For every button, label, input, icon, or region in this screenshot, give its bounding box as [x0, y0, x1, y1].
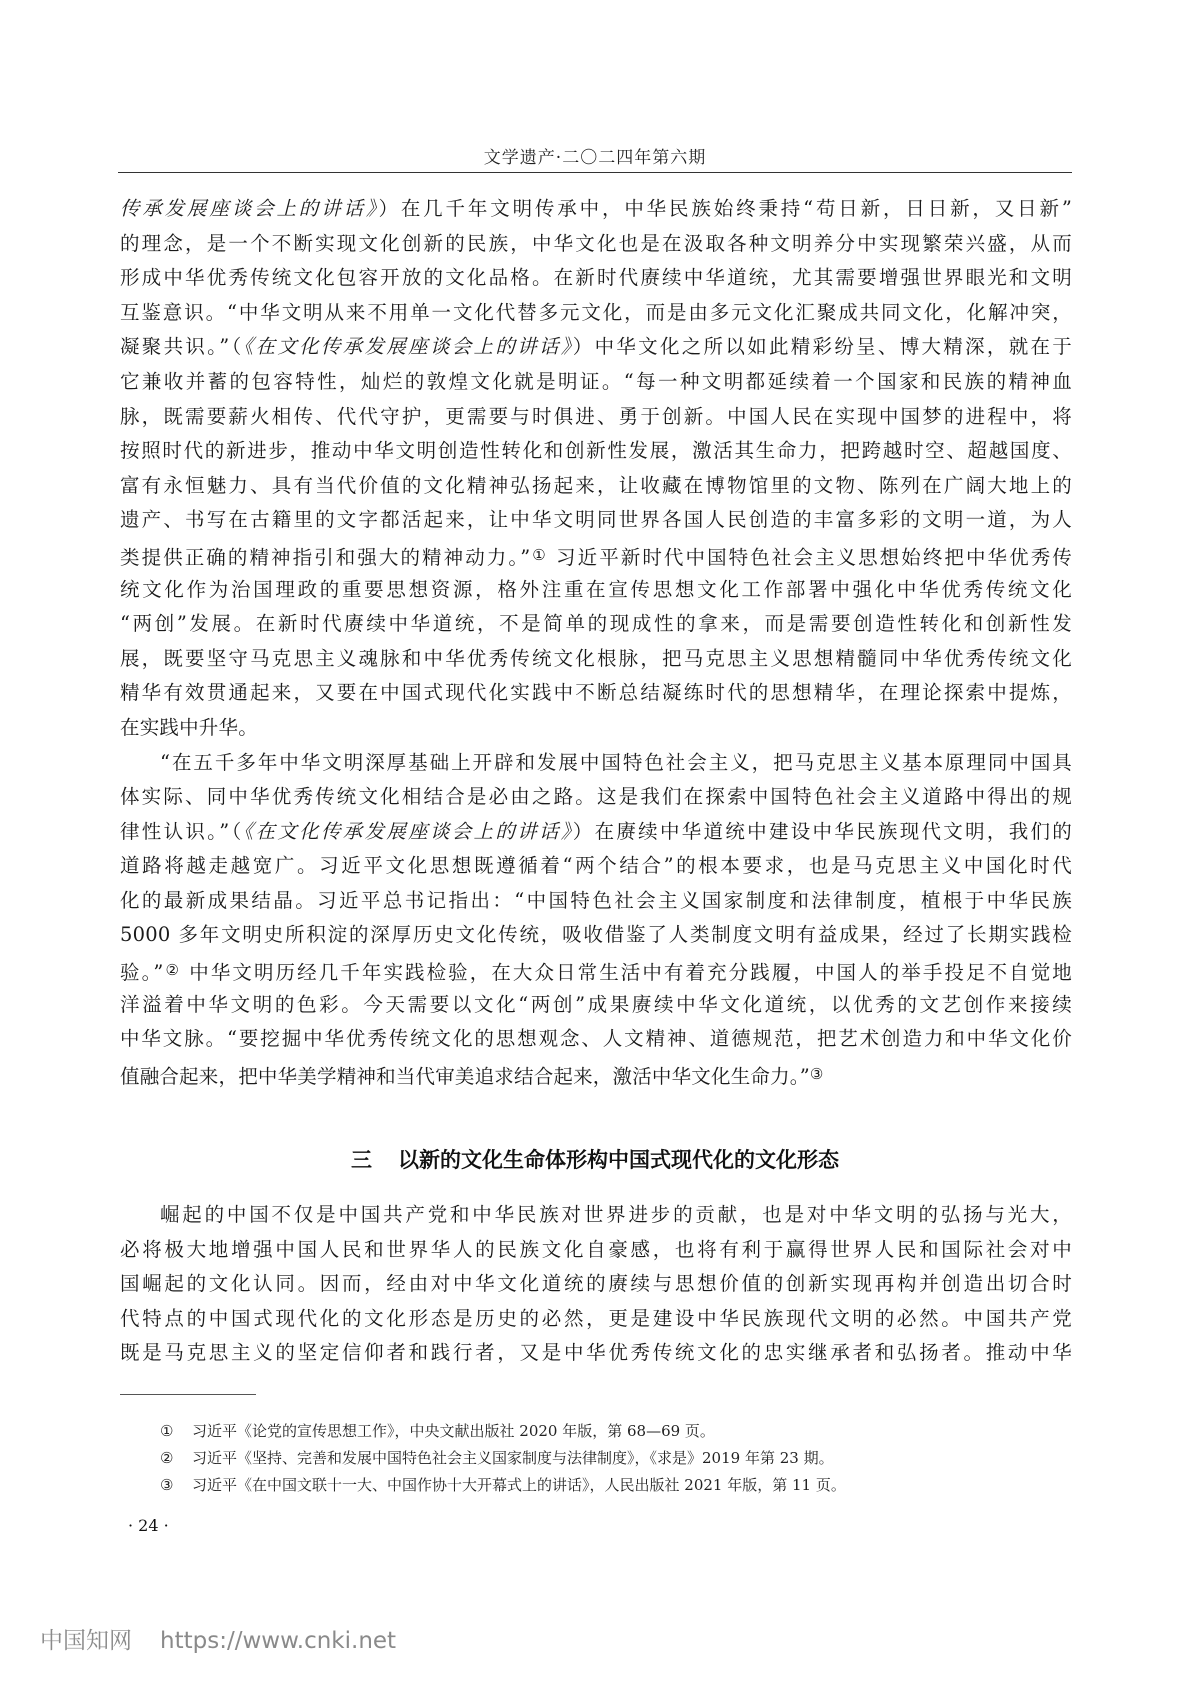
text-line: 传承发展座谈会上的讲话》）在几千年文明传承中，中华民族始终秉持“苟日新，日日新，…	[120, 192, 1072, 227]
text-line: “在五千多年中华文明深厚基础上开辟和发展中国特色社会主义，把马克思主义基本原理同…	[120, 746, 1072, 781]
text-segment: 它兼收并蓄的包容特性，灿烂的敦煌文化就是明证。“每一种文明都延续着一个国家和民族…	[120, 370, 1072, 393]
text-segment: 道路将越走越宽广。习近平文化思想既遵循着“两个结合”的根本要求，也是马克思主义中…	[120, 854, 1072, 877]
text-line: 遗产、书写在古籍里的文字都活起来，让中华文明同世界各国人民创造的丰富多彩的文明一…	[120, 503, 1072, 538]
cited-title: 传承发展座谈会上的讲话》	[120, 197, 378, 220]
text-segment: 精华有效贯通起来，又要在中国式现代化实践中不断总结凝练时代的思想精华，在理论探索…	[120, 681, 1072, 704]
text-line: 精华有效贯通起来，又要在中国式现代化实践中不断总结凝练时代的思想精华，在理论探索…	[120, 676, 1072, 711]
text-line: 形成中华优秀传统文化包容开放的文化品格。在新时代赓续中华道统，尤其需要增强世界眼…	[120, 261, 1072, 296]
text-segment: 中华文明历经几千年实践检验，在大众日常生活中有着充分践履，中国人的举手投足不自觉…	[181, 961, 1072, 984]
body-text: 传承发展座谈会上的讲话》）在几千年文明传承中，中华民族始终秉持“苟日新，日日新，…	[120, 192, 1072, 1091]
text-line: 道路将越走越宽广。习近平文化思想既遵循着“两个结合”的根本要求，也是马克思主义中…	[120, 849, 1072, 884]
text-line: 的理念，是一个不断实现文化创新的民族，中华文化也是在汲取各种文明养分中实现繁荣兴…	[120, 227, 1072, 262]
text-segment: 值融合起来，把中华美学精神和当代审美追求结合起来，激活中华文化生命力。”	[120, 1065, 810, 1088]
text-line: 崛起的中国不仅是中国共产党和中华民族对世界进步的贡献，也是对中华文明的弘扬与光大…	[120, 1198, 1072, 1233]
text-line: 体实际、同中华优秀传统文化相结合是必由之路。这是我们在探索中国特色社会主义道路中…	[120, 780, 1072, 815]
text-line: “两创”发展。在新时代赓续中华道统，不是简单的现成性的拿来，而是需要创造性转化和…	[120, 607, 1072, 642]
text-segment: ）中华文化之所以如此精彩纷呈、博大精深，就在于	[573, 335, 1072, 358]
text-line: 按照时代的新进步，推动中华文明创造性转化和创新性发展，激活其生命力，把跨越时空、…	[120, 434, 1072, 469]
footnote-text: 习近平《论党的宣传思想工作》，中央文献出版社 2020 年版，第 68—69 页…	[192, 1422, 715, 1440]
text-line: 类提供正确的精神指引和强大的精神动力。”① 习近平新时代中国特色社会主义思想始终…	[120, 538, 1072, 573]
text-line: 展，既要坚守马克思主义魂脉和中华优秀传统文化根脉，把马克思主义思想精髓同中华优秀…	[120, 642, 1072, 677]
text-segment: 习近平新时代中国特色社会主义思想始终把中华优秀传	[548, 546, 1072, 569]
footnote-2: ②习近平《坚持、完善和发展中国特色社会主义国家制度与法律制度》，《求是》2019…	[160, 1445, 1060, 1472]
section-title: 以新的文化生命体形构中国式现代化的文化形态	[398, 1148, 839, 1172]
footnote-rule	[120, 1394, 256, 1395]
footnotes: ①习近平《论党的宣传思想工作》，中央文献出版社 2020 年版，第 68—69 …	[160, 1418, 1060, 1499]
section-body-text: 崛起的中国不仅是中国共产党和中华民族对世界进步的贡献，也是对中华文明的弘扬与光大…	[120, 1198, 1072, 1371]
text-segment: 统文化作为治国理政的重要思想资源，格外注重在宣传思想文化工作部署中强化中华优秀传…	[120, 578, 1072, 601]
text-line: 验。”② 中华文明历经几千年实践检验，在大众日常生活中有着充分践履，中国人的举手…	[120, 953, 1072, 988]
footnote-ref: ②	[164, 961, 181, 979]
footnote-ref: ③	[810, 1065, 824, 1083]
text-segment: 洋溢着中华文明的色彩。今天需要以文化“两创”成果赓续中华文化道统，以优秀的文艺创…	[120, 993, 1072, 1016]
cited-title: 《在文化传承发展座谈会上的讲话》	[244, 820, 573, 843]
text-segment: ）在几千年文明传承中，中华民族始终秉持“苟日新，日日新，又日新”	[378, 197, 1072, 220]
text-line: 统文化作为治国理政的重要思想资源，格外注重在宣传思想文化工作部署中强化中华优秀传…	[120, 573, 1072, 608]
text-line: 在实践中升华。	[120, 711, 1072, 746]
text-line: 5000 多年文明史所积淀的深厚历史文化传统，吸收借鉴了人类制度文明有益成果，经…	[120, 918, 1072, 953]
text-segment: 展，既要坚守马克思主义魂脉和中华优秀传统文化根脉，把马克思主义思想精髓同中华优秀…	[120, 647, 1072, 670]
cited-title: 《在文化传承发展座谈会上的讲话》	[244, 335, 573, 358]
text-line: 国崛起的文化认同。因而，经由对中华文化道统的赓续与思想价值的创新实现再构并创造出…	[120, 1267, 1072, 1302]
footnote-1: ①习近平《论党的宣传思想工作》，中央文献出版社 2020 年版，第 68—69 …	[160, 1418, 1060, 1445]
text-line: 代特点的中国式现代化的文化形态是历史的必然，更是建设中华民族现代文明的必然。中国…	[120, 1302, 1072, 1337]
text-segment: 按照时代的新进步，推动中华文明创造性转化和创新性发展，激活其生命力，把跨越时空、…	[120, 439, 1072, 462]
footnote-marker: ②	[160, 1445, 192, 1472]
text-segment: 律性认识。”（	[120, 820, 244, 843]
watermark-site-name: 中国知网	[40, 1628, 132, 1654]
text-line: 中华文脉。“要挖掘中华优秀传统文化的思想观念、人文精神、道德规范，把艺术创造力和…	[120, 1022, 1072, 1057]
footnote-marker: ③	[160, 1472, 192, 1499]
footnote-3: ③习近平《在中国文联十一大、中国作协十大开幕式上的讲话》，人民出版社 2021 …	[160, 1472, 1060, 1499]
text-segment: 必将极大地增强中国人民和世界华人的民族文化自豪感，也将有利于赢得世界人民和国际社…	[120, 1238, 1072, 1261]
text-line: 脉，既需要薪火相传、代代守护，更需要与时俱进、勇于创新。中国人民在实现中国梦的进…	[120, 400, 1072, 435]
text-segment: 凝聚共识。”（	[120, 335, 244, 358]
text-line: 洋溢着中华文明的色彩。今天需要以文化“两创”成果赓续中华文化道统，以优秀的文艺创…	[120, 988, 1072, 1023]
text-segment: “在五千多年中华文明深厚基础上开辟和发展中国特色社会主义，把马克思主义基本原理同…	[160, 751, 1072, 774]
text-segment: 既是马克思主义的坚定信仰者和践行者，又是中华优秀传统文化的忠实继承者和弘扬者。推…	[120, 1341, 1072, 1364]
text-segment: 的理念，是一个不断实现文化创新的民族，中华文化也是在汲取各种文明养分中实现繁荣兴…	[120, 232, 1072, 255]
text-segment: 体实际、同中华优秀传统文化相结合是必由之路。这是我们在探索中国特色社会主义道路中…	[120, 785, 1072, 808]
text-line: 既是马克思主义的坚定信仰者和践行者，又是中华优秀传统文化的忠实继承者和弘扬者。推…	[120, 1336, 1072, 1371]
text-segment: 代特点的中国式现代化的文化形态是历史的必然，更是建设中华民族现代文明的必然。中国…	[120, 1307, 1072, 1330]
text-segment: 类提供正确的精神指引和强大的精神动力。”	[120, 546, 530, 569]
header-rule	[118, 172, 1072, 173]
text-line: 必将极大地增强中国人民和世界华人的民族文化自豪感，也将有利于赢得世界人民和国际社…	[120, 1233, 1072, 1268]
cnki-watermark: 中国知网https://www.cnki.net	[40, 1622, 396, 1655]
section-number: 三	[351, 1148, 372, 1172]
text-segment: “两创”发展。在新时代赓续中华道统，不是简单的现成性的拿来，而是需要创造性转化和…	[120, 612, 1072, 635]
footnote-ref: ①	[530, 546, 547, 564]
text-segment: 5000 多年文明史所积淀的深厚历史文化传统，吸收借鉴了人类制度文明有益成果，经…	[120, 923, 1072, 946]
text-segment: 互鉴意识。“中华文明从来不用单一文化代替多元文化，而是由多元文化汇聚成共同文化，…	[120, 301, 1072, 324]
text-segment: 富有永恒魅力、具有当代价值的文化精神弘扬起来，让收藏在博物馆里的文物、陈列在广阔…	[120, 474, 1072, 497]
text-segment: 形成中华优秀传统文化包容开放的文化品格。在新时代赓续中华道统，尤其需要增强世界眼…	[120, 266, 1072, 289]
text-line: 值融合起来，把中华美学精神和当代审美追求结合起来，激活中华文化生命力。”③	[120, 1057, 1072, 1092]
footnote-marker: ①	[160, 1418, 192, 1445]
text-segment: 国崛起的文化认同。因而，经由对中华文化道统的赓续与思想价值的创新实现再构并创造出…	[120, 1272, 1072, 1295]
text-line: 互鉴意识。“中华文明从来不用单一文化代替多元文化，而是由多元文化汇聚成共同文化，…	[120, 296, 1072, 331]
section-heading: 三以新的文化生命体形构中国式现代化的文化形态	[0, 1144, 1190, 1174]
text-line: 化的最新成果结晶。习近平总书记指出：“中国特色社会主义国家制度和法律制度，植根于…	[120, 884, 1072, 919]
text-segment: 脉，既需要薪火相传、代代守护，更需要与时俱进、勇于创新。中国人民在实现中国梦的进…	[120, 405, 1072, 428]
text-segment: 验。”	[120, 961, 164, 984]
text-segment: 崛起的中国不仅是中国共产党和中华民族对世界进步的贡献，也是对中华文明的弘扬与光大…	[160, 1203, 1072, 1226]
text-line: 它兼收并蓄的包容特性，灿烂的敦煌文化就是明证。“每一种文明都延续着一个国家和民族…	[120, 365, 1072, 400]
text-segment: 在实践中升华。	[120, 716, 258, 739]
text-segment: 遗产、书写在古籍里的文字都活起来，让中华文明同世界各国人民创造的丰富多彩的文明一…	[120, 508, 1072, 531]
footnote-text: 习近平《坚持、完善和发展中国特色社会主义国家制度与法律制度》，《求是》2019 …	[192, 1449, 834, 1467]
page-number: · 24 ·	[128, 1516, 169, 1535]
text-line: 富有永恒魅力、具有当代价值的文化精神弘扬起来，让收藏在博物馆里的文物、陈列在广阔…	[120, 469, 1072, 504]
text-line: 律性认识。”（《在文化传承发展座谈会上的讲话》）在赓续中华道统中建设中华民族现代…	[120, 815, 1072, 850]
watermark-url: https://www.cnki.net	[160, 1628, 396, 1654]
text-segment: ）在赓续中华道统中建设中华民族现代文明，我们的	[573, 820, 1072, 843]
text-segment: 化的最新成果结晶。习近平总书记指出：“中国特色社会主义国家制度和法律制度，植根于…	[120, 889, 1072, 912]
footnote-text: 习近平《在中国文联十一大、中国作协十大开幕式上的讲话》，人民出版社 2021 年…	[192, 1476, 846, 1494]
text-line: 凝聚共识。”（《在文化传承发展座谈会上的讲话》）中华文化之所以如此精彩纷呈、博大…	[120, 330, 1072, 365]
text-segment: 中华文脉。“要挖掘中华优秀传统文化的思想观念、人文精神、道德规范，把艺术创造力和…	[120, 1027, 1072, 1050]
running-header-title: 文学遗产·二〇二四年第六期	[0, 143, 1190, 168]
